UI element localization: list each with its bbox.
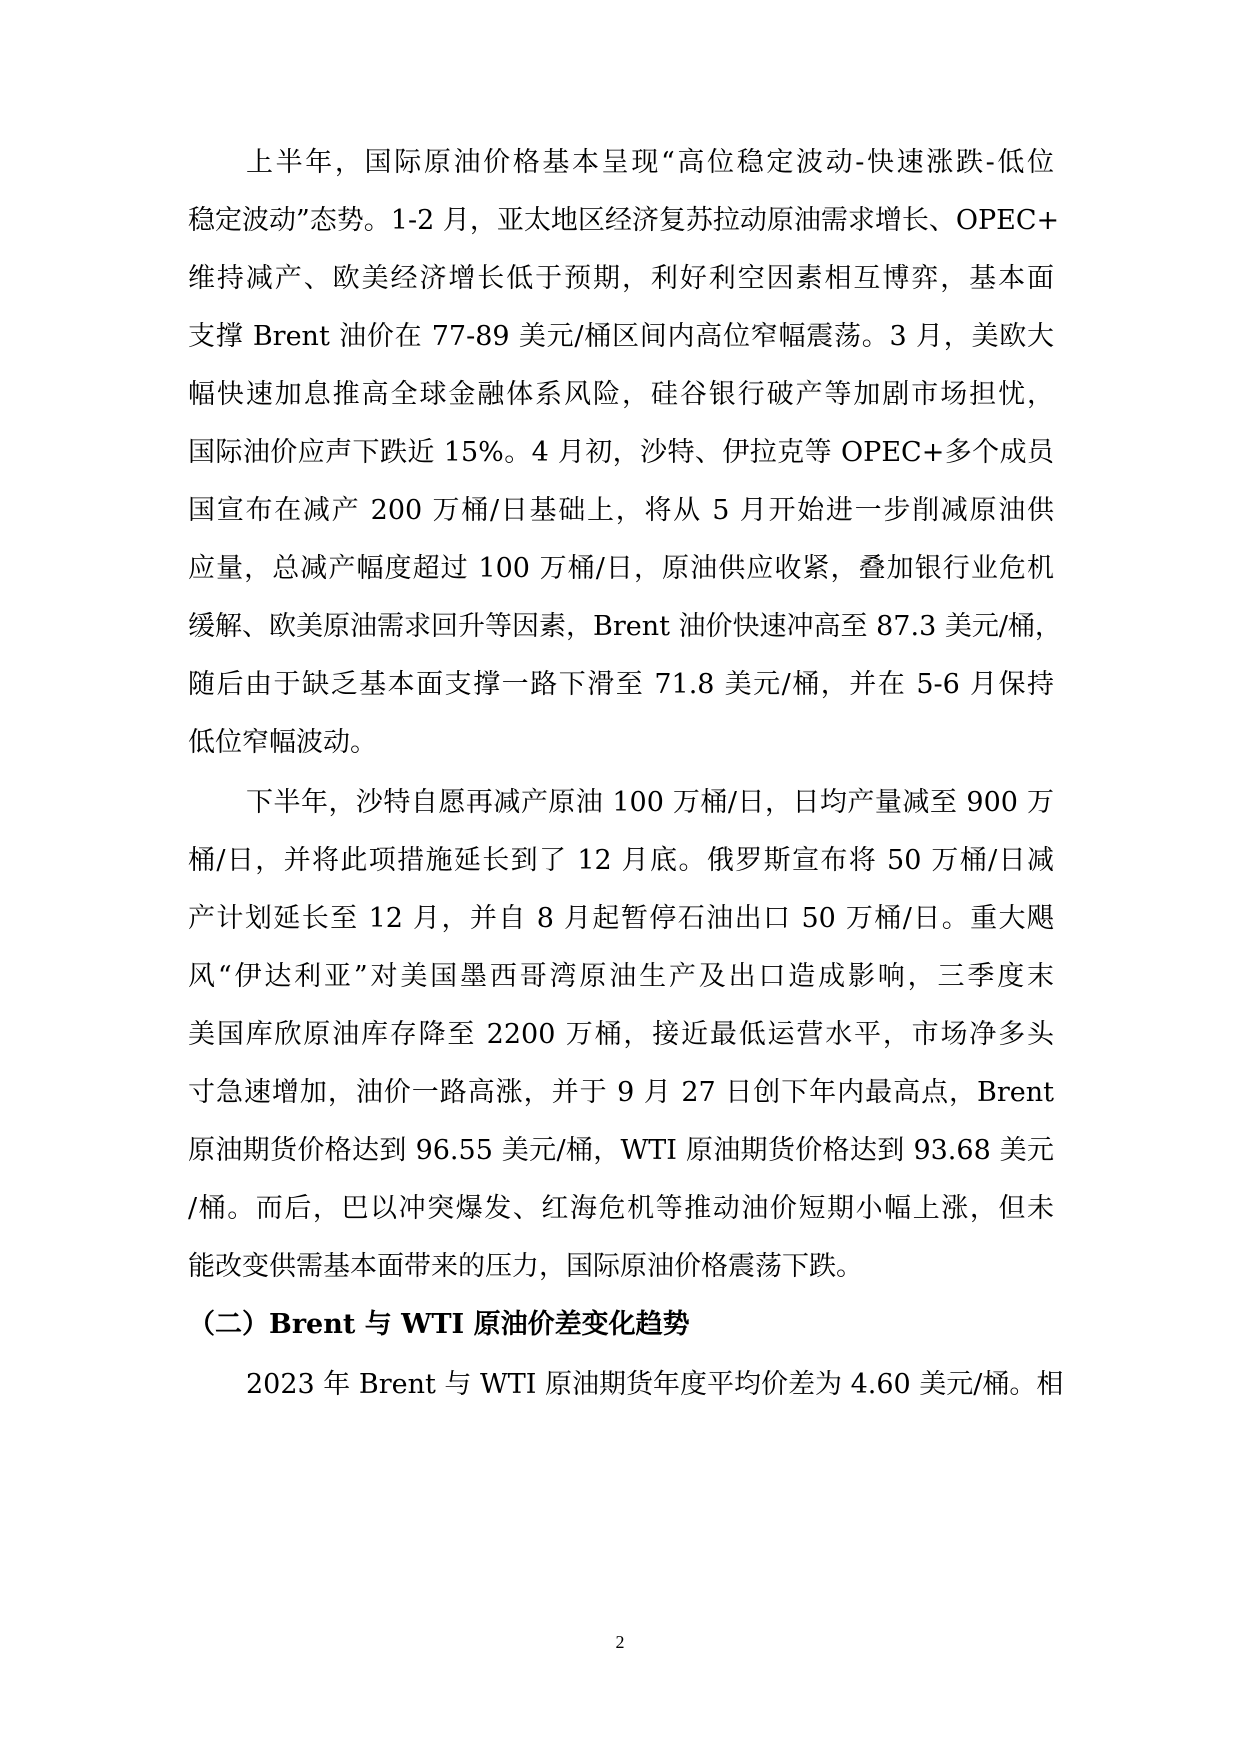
paragraph-line: 应量，总减产幅度超过 100 万桶/日，原油供应收紧，叠加银行业危机 bbox=[188, 540, 1054, 598]
section-heading: （二）Brent 与 WTI 原油价差变化趋势 bbox=[188, 1296, 690, 1354]
paragraph-line: 维持减产、欧美经济增长低于预期，利好利空因素相互博弈，基本面 bbox=[188, 250, 1054, 308]
paragraph-line: 上半年，国际原油价格基本呈现“高位稳定波动-快速涨跌-低位 bbox=[246, 134, 1054, 192]
page-number: 2 bbox=[0, 1632, 1240, 1653]
paragraph-line: 缓解、欧美原油需求回升等因素，Brent 油价快速冲高至 87.3 美元/桶， bbox=[188, 598, 1054, 656]
paragraph-line: 美国库欣原油库存降至 2200 万桶，接近最低运营水平，市场净多头 bbox=[188, 1006, 1054, 1064]
paragraph-line: 支撑 Brent 油价在 77-89 美元/桶区间内高位窄幅震荡。3 月，美欧大 bbox=[188, 308, 1054, 366]
paragraph-line: 寸急速增加，油价一路高涨，并于 9 月 27 日创下年内最高点，Brent bbox=[188, 1064, 1054, 1122]
paragraph-line: 原油期货价格达到 96.55 美元/桶，WTI 原油期货价格达到 93.68 美… bbox=[188, 1122, 1054, 1180]
paragraph-line: 幅快速加息推高全球金融体系风险，硅谷银行破产等加剧市场担忧， bbox=[188, 366, 1054, 424]
paragraph-line: 国际油价应声下跌近 15%。4 月初，沙特、伊拉克等 OPEC+多个成员 bbox=[188, 424, 1054, 482]
paragraph-line: 随后由于缺乏基本面支撑一路下滑至 71.8 美元/桶，并在 5-6 月保持 bbox=[188, 656, 1054, 714]
document-page: 上半年，国际原油价格基本呈现“高位稳定波动-快速涨跌-低位 稳定波动”态势。1-… bbox=[0, 0, 1240, 1754]
paragraph-line: 2023 年 Brent 与 WTI 原油期货年度平均价差为 4.60 美元/桶… bbox=[246, 1356, 1054, 1414]
paragraph-line: 能改变供需基本面带来的压力，国际原油价格震荡下跌。 bbox=[188, 1238, 1054, 1296]
paragraph-line: 国宣布在减产 200 万桶/日基础上，将从 5 月开始进一步削减原油供 bbox=[188, 482, 1054, 540]
paragraph-line: 下半年，沙特自愿再减产原油 100 万桶/日，日均产量减至 900 万 bbox=[246, 774, 1054, 832]
paragraph-line: 产计划延长至 12 月，并自 8 月起暂停石油出口 50 万桶/日。重大飓 bbox=[188, 890, 1054, 948]
paragraph-line: 低位窄幅波动。 bbox=[188, 714, 1054, 772]
paragraph-line: 风“伊达利亚”对美国墨西哥湾原油生产及出口造成影响，三季度末 bbox=[188, 948, 1054, 1006]
paragraph-line: 稳定波动”态势。1-2 月，亚太地区经济复苏拉动原油需求增长、OPEC+ bbox=[188, 192, 1054, 250]
paragraph-line: 桶/日，并将此项措施延长到了 12 月底。俄罗斯宣布将 50 万桶/日减 bbox=[188, 832, 1054, 890]
paragraph-line: /桶。而后，巴以冲突爆发、红海危机等推动油价短期小幅上涨，但未 bbox=[188, 1180, 1054, 1238]
